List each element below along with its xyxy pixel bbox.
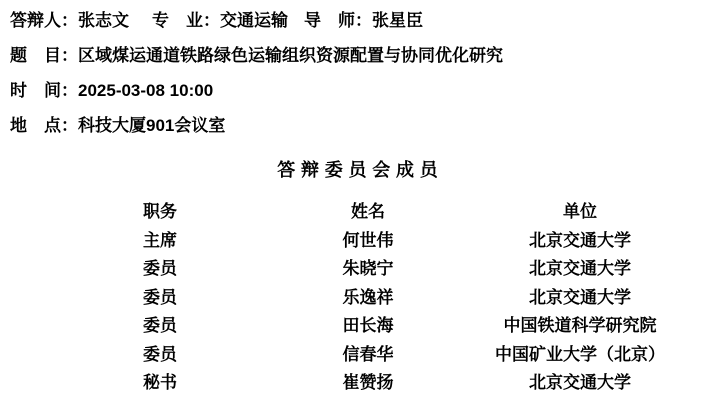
member-role: 委员	[40, 341, 280, 370]
advisor-field: 导 师：张星臣	[304, 11, 423, 30]
member-role: 主席	[40, 227, 280, 256]
member-affiliation: 中国铁道科学研究院	[456, 312, 704, 341]
time-value: 2025-03-08 10:00	[78, 81, 213, 100]
member-role: 委员	[40, 255, 280, 284]
info-block: 答辩人：张志文专 业：交通运输导 师：张星臣 题 目：区域煤运通道铁路绿色运输组…	[0, 0, 715, 143]
table-header-row: 职务 姓名 单位	[40, 198, 715, 227]
advisor-label: 导 师：	[304, 11, 372, 30]
committee-title: 答辩委员会成员	[0, 158, 715, 182]
member-name: 乐逸祥	[280, 284, 456, 313]
defendant-label: 答辩人：	[10, 11, 78, 30]
column-header-role: 职务	[40, 198, 280, 227]
venue-field: 地 点：科技大厦901会议室	[10, 108, 715, 143]
info-line-1: 答辩人：张志文专 业：交通运输导 师：张星臣	[10, 3, 715, 38]
member-name: 何世伟	[280, 227, 456, 256]
member-name: 崔赞扬	[280, 369, 456, 398]
thesis-title-value: 区域煤运通道铁路绿色运输组织资源配置与协同优化研究	[78, 46, 503, 65]
defense-announcement: 答辩人：张志文专 业：交通运输导 师：张星臣 题 目：区域煤运通道铁路绿色运输组…	[0, 0, 715, 416]
table-row: 委员 朱晓宁 北京交通大学	[40, 255, 715, 284]
time-field: 时 间：2025-03-08 10:00	[10, 73, 715, 108]
major-value: 交通运输	[220, 11, 288, 30]
committee-table: 职务 姓名 单位 主席 何世伟 北京交通大学 委员 朱晓宁 北京交通大学 委员 …	[40, 198, 715, 398]
member-affiliation: 北京交通大学	[456, 369, 704, 398]
table-row: 委员 田长海 中国铁道科学研究院	[40, 312, 715, 341]
advisor-value: 张星臣	[372, 11, 423, 30]
major-field: 专 业：交通运输	[152, 11, 288, 30]
member-name: 田长海	[280, 312, 456, 341]
member-role: 秘书	[40, 369, 280, 398]
thesis-title-field: 题 目：区域煤运通道铁路绿色运输组织资源配置与协同优化研究	[10, 38, 715, 73]
column-header-name: 姓名	[280, 198, 456, 227]
defendant-field: 答辩人：张志文	[10, 11, 129, 30]
member-role: 委员	[40, 312, 280, 341]
member-affiliation: 北京交通大学	[456, 255, 704, 284]
member-affiliation: 中国矿业大学（北京）	[456, 341, 704, 370]
table-row: 秘书 崔赞扬 北京交通大学	[40, 369, 715, 398]
member-affiliation: 北京交通大学	[456, 284, 704, 313]
member-name: 朱晓宁	[280, 255, 456, 284]
member-name: 信春华	[280, 341, 456, 370]
member-role: 委员	[40, 284, 280, 313]
venue-value: 科技大厦901会议室	[78, 116, 225, 135]
member-affiliation: 北京交通大学	[456, 227, 704, 256]
table-row: 委员 信春华 中国矿业大学（北京）	[40, 341, 715, 370]
defendant-value: 张志文	[78, 11, 129, 30]
time-label: 时 间：	[10, 81, 78, 100]
table-row: 主席 何世伟 北京交通大学	[40, 227, 715, 256]
thesis-title-label: 题 目：	[10, 46, 78, 65]
major-label: 专 业：	[152, 11, 220, 30]
column-header-affiliation: 单位	[456, 198, 704, 227]
table-row: 委员 乐逸祥 北京交通大学	[40, 284, 715, 313]
venue-label: 地 点：	[10, 116, 78, 135]
